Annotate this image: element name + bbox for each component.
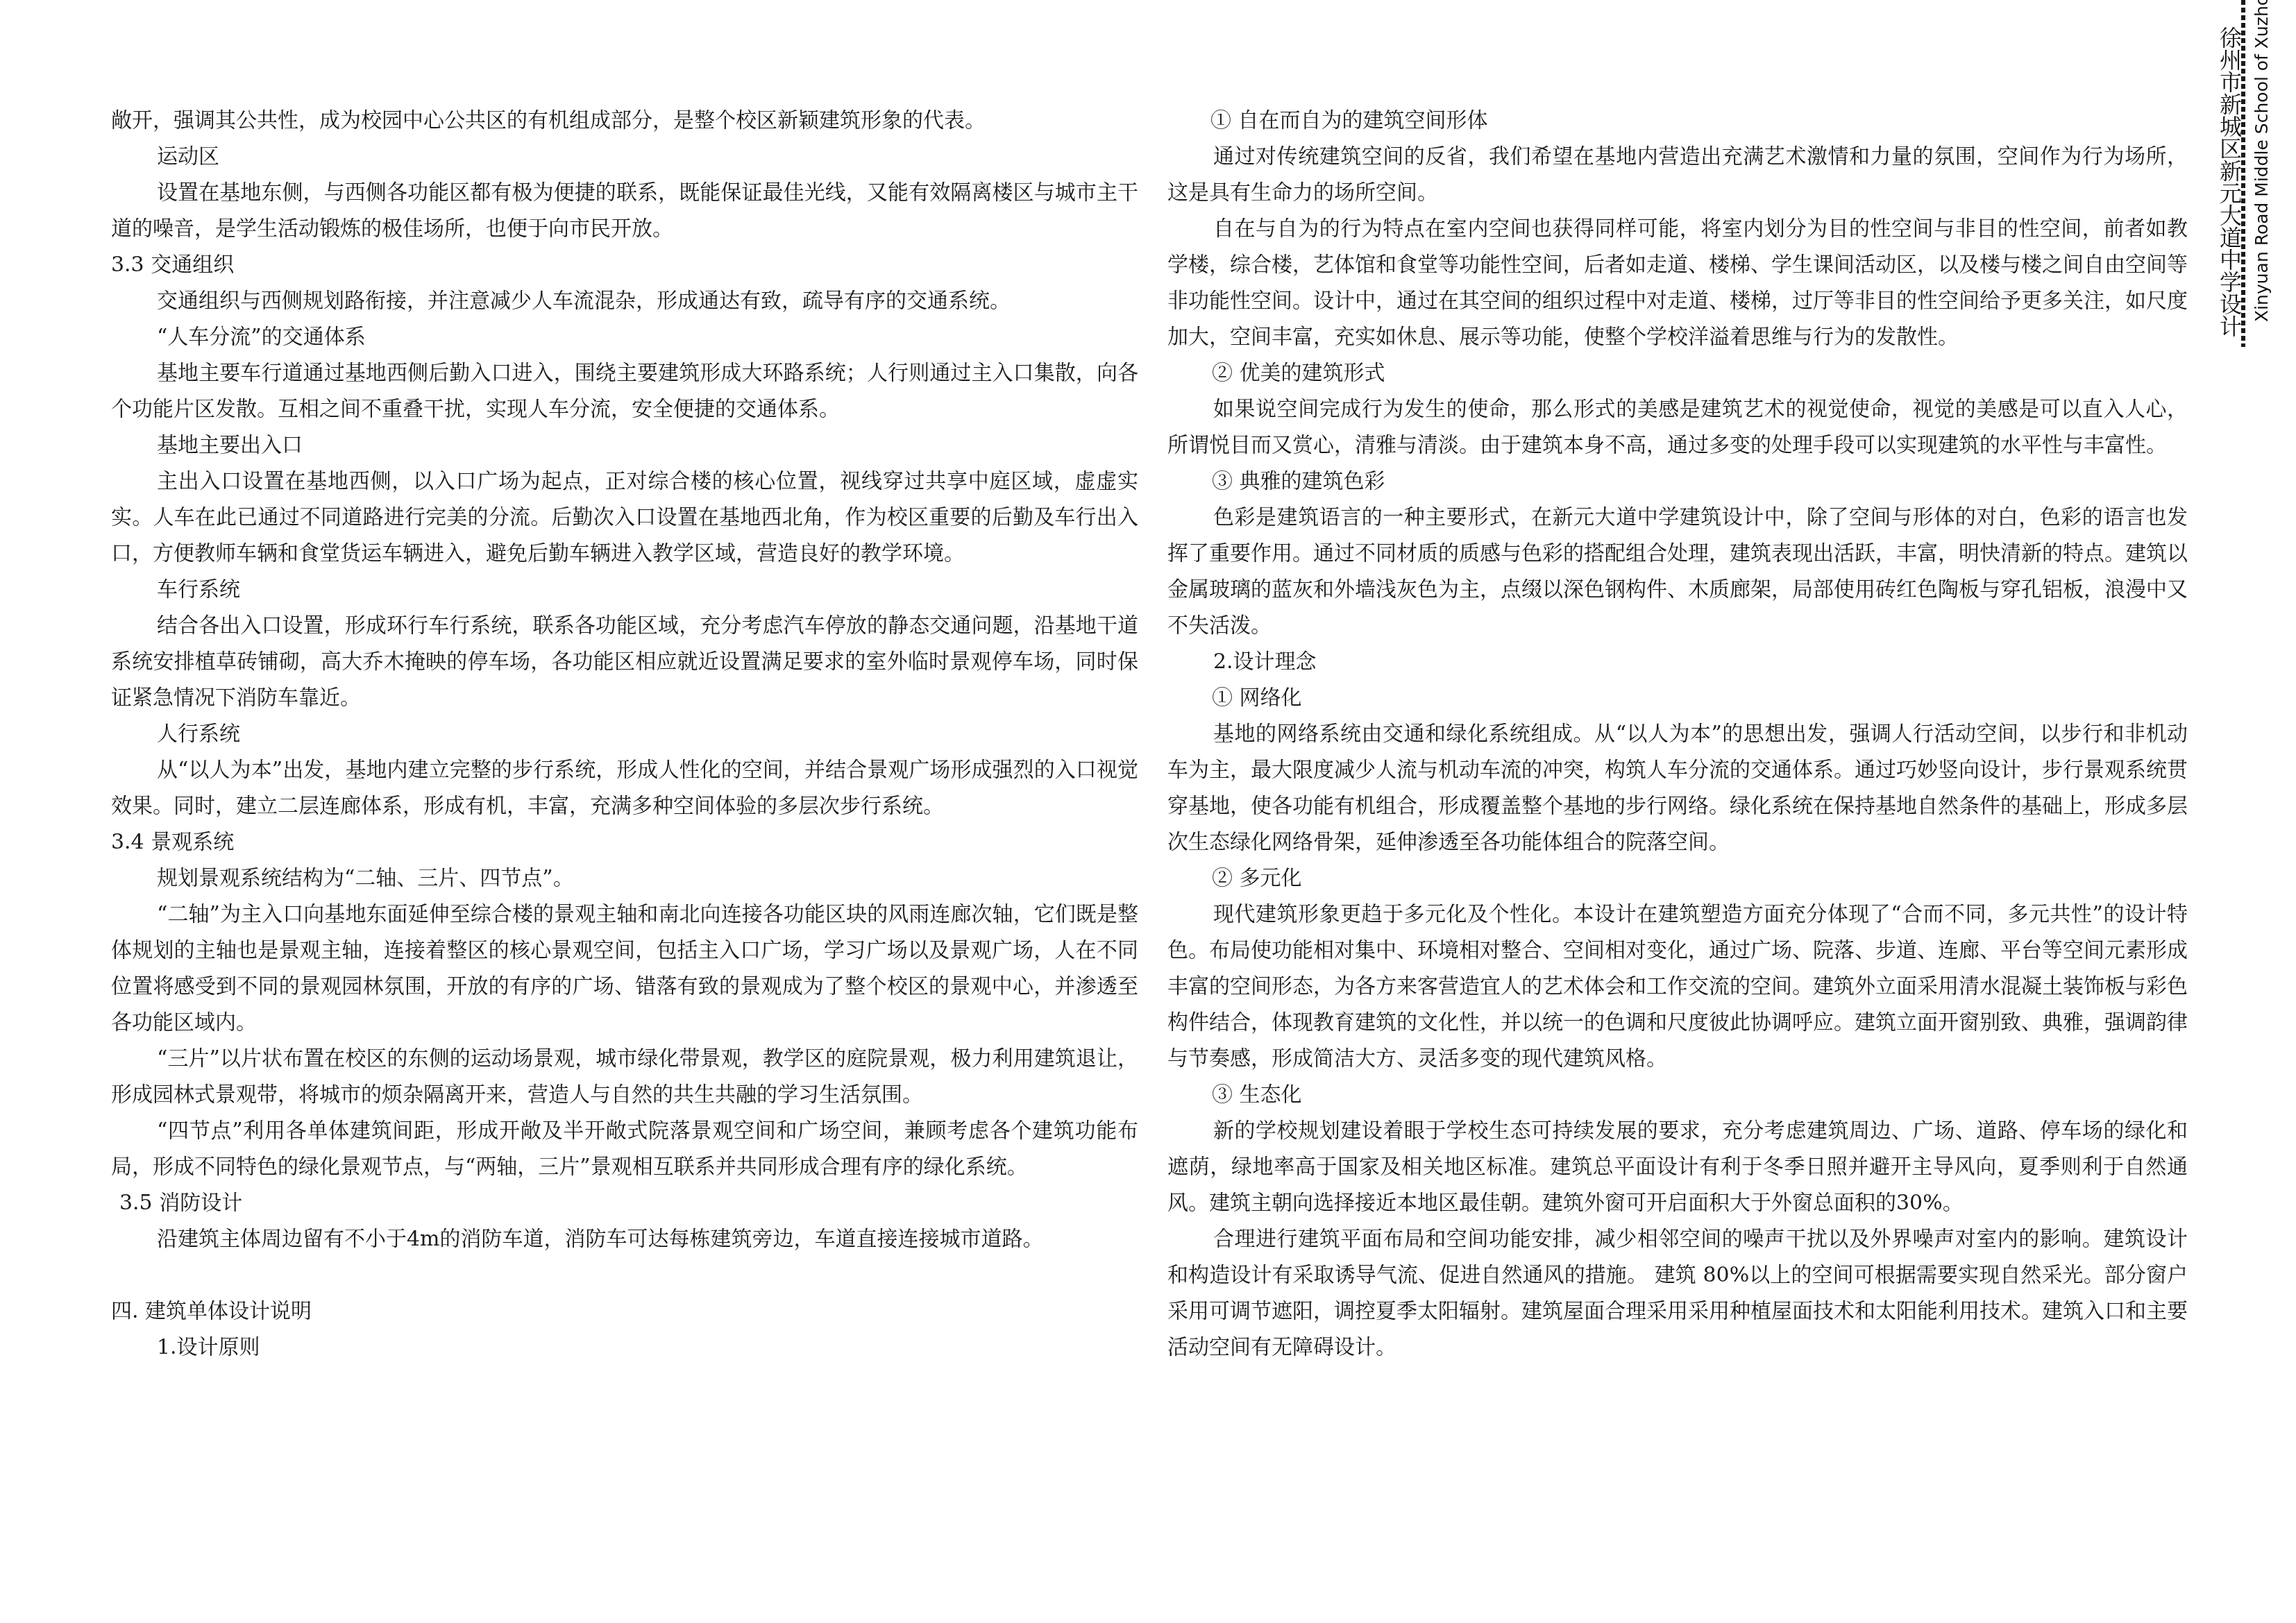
- subheading-main-entrances: 基地主要出入口: [111, 427, 1138, 464]
- paragraph: “三片”以片状布置在校区的东侧的运动场景观，城市绿化带景观，教学区的庭院景观，极…: [111, 1041, 1138, 1113]
- subheading-sports-zone: 运动区: [111, 139, 1138, 175]
- paragraph: 合理进行建筑平面布局和空间功能安排，减少相邻空间的噪声干扰以及外界噪声对室内的影…: [1167, 1221, 2188, 1366]
- subheading-diversified: ② 多元化: [1167, 860, 2188, 897]
- paragraph: 结合各出入口设置，形成环行车行系统，联系各功能区域，充分考虑汽车停放的静态交通问…: [111, 608, 1138, 716]
- subheading-vehicle-system: 车行系统: [111, 572, 1138, 608]
- subheading-spatial-form: ① 自在而自为的建筑空间形体: [1167, 103, 2188, 139]
- sidebar-title-chinese: 徐州市新城区新元大道中学设计: [2217, 26, 2242, 337]
- paragraph: 沿建筑主体周边留有不小于4m的消防车道，消防车可达每栋建筑旁边，车道直接连接城市…: [111, 1221, 1138, 1257]
- dashed-divider: [2241, 0, 2245, 347]
- left-column: 敞开，强调其公共性，成为校园中心公共区的有机组成部分，是整个校区新颖建筑形象的代…: [111, 103, 1138, 1366]
- subheading-architectural-color: ③ 典雅的建筑色彩: [1167, 464, 2188, 500]
- subheading-pedestrian-system: 人行系统: [111, 716, 1138, 752]
- section-heading-3-3: 3.3 交通组织: [111, 247, 1138, 283]
- paragraph: 现代建筑形象更趋于多元化及个性化。本设计在建筑塑造方面充分体现了“合而不同，多元…: [1167, 897, 2188, 1077]
- paragraph: 如果说空间完成行为发生的使命，那么形式的美感是建筑艺术的视觉使命，视觉的美感是可…: [1167, 391, 2188, 464]
- section-heading-3-4: 3.4 景观系统: [111, 824, 1138, 860]
- paragraph: 规划景观系统结构为“二轴、三片、四节点”。: [111, 860, 1138, 897]
- blank-line: [111, 1257, 1138, 1293]
- paragraph: “二轴”为主入口向基地东面延伸至综合楼的景观主轴和南北向连接各功能区块的风雨连廊…: [111, 897, 1138, 1041]
- subheading-ecological: ③ 生态化: [1167, 1077, 2188, 1113]
- section-heading-3-5: 3.5 消防设计: [111, 1185, 1138, 1221]
- paragraph: 基地的网络系统由交通和绿化系统组成。从“以人为本”的思想出发，强调人行活动空间，…: [1167, 716, 2188, 860]
- paragraph: 自在与自为的行为特点在室内空间也获得同样可能，将室内划分为目的性空间与非目的性空…: [1167, 211, 2188, 355]
- paragraph: 交通组织与西侧规划路衔接，并注意减少人车流混杂，形成通达有致，疏导有序的交通系统…: [111, 283, 1138, 319]
- subheading-traffic-system: “人车分流”的交通体系: [111, 319, 1138, 355]
- paragraph: 通过对传统建筑空间的反省，我们希望在基地内营造出充满艺术激情和力量的氛围，空间作…: [1167, 139, 2188, 211]
- vertical-title-sidebar: 徐州市新城区新元大道中学设计 Xinyuan Road Middle Schoo…: [2207, 0, 2296, 361]
- subheading-design-concept: 2.设计理念: [1167, 644, 2188, 680]
- paragraph: 从“以人为本”出发，基地内建立完整的步行系统，形成人性化的空间，并结合景观广场形…: [111, 752, 1138, 824]
- subheading-networked: ① 网络化: [1167, 680, 2188, 716]
- right-column: ① 自在而自为的建筑空间形体 通过对传统建筑空间的反省，我们希望在基地内营造出充…: [1167, 103, 2188, 1366]
- paragraph: 敞开，强调其公共性，成为校园中心公共区的有机组成部分，是整个校区新颖建筑形象的代…: [111, 103, 1138, 139]
- chapter-heading-4: 四. 建筑单体设计说明: [111, 1293, 1138, 1329]
- paragraph: 新的学校规划建设着眼于学校生态可持续发展的要求，充分考虑建筑周边、广场、道路、停…: [1167, 1113, 2188, 1221]
- paragraph: 基地主要车行道通过基地西侧后勤入口进入，围绕主要建筑形成大环路系统；人行则通过主…: [111, 355, 1138, 427]
- subheading-architectural-form: ② 优美的建筑形式: [1167, 355, 2188, 391]
- subheading-design-principles: 1.设计原则: [111, 1329, 1138, 1366]
- paragraph: 主出入口设置在基地西侧，以入口广场为起点，正对综合楼的核心位置，视线穿过共享中庭…: [111, 464, 1138, 572]
- sidebar-title-english: Xinyuan Road Middle School of Xuzhou: [2252, 24, 2272, 322]
- paragraph: 设置在基地东侧，与西侧各功能区都有极为便捷的联系，既能保证最佳光线，又能有效隔离…: [111, 175, 1138, 247]
- paragraph: “四节点”利用各单体建筑间距，形成开敞及半开敞式院落景观空间和广场空间，兼顾考虑…: [111, 1113, 1138, 1185]
- paragraph: 色彩是建筑语言的一种主要形式，在新元大道中学建筑设计中，除了空间与形体的对白，色…: [1167, 500, 2188, 644]
